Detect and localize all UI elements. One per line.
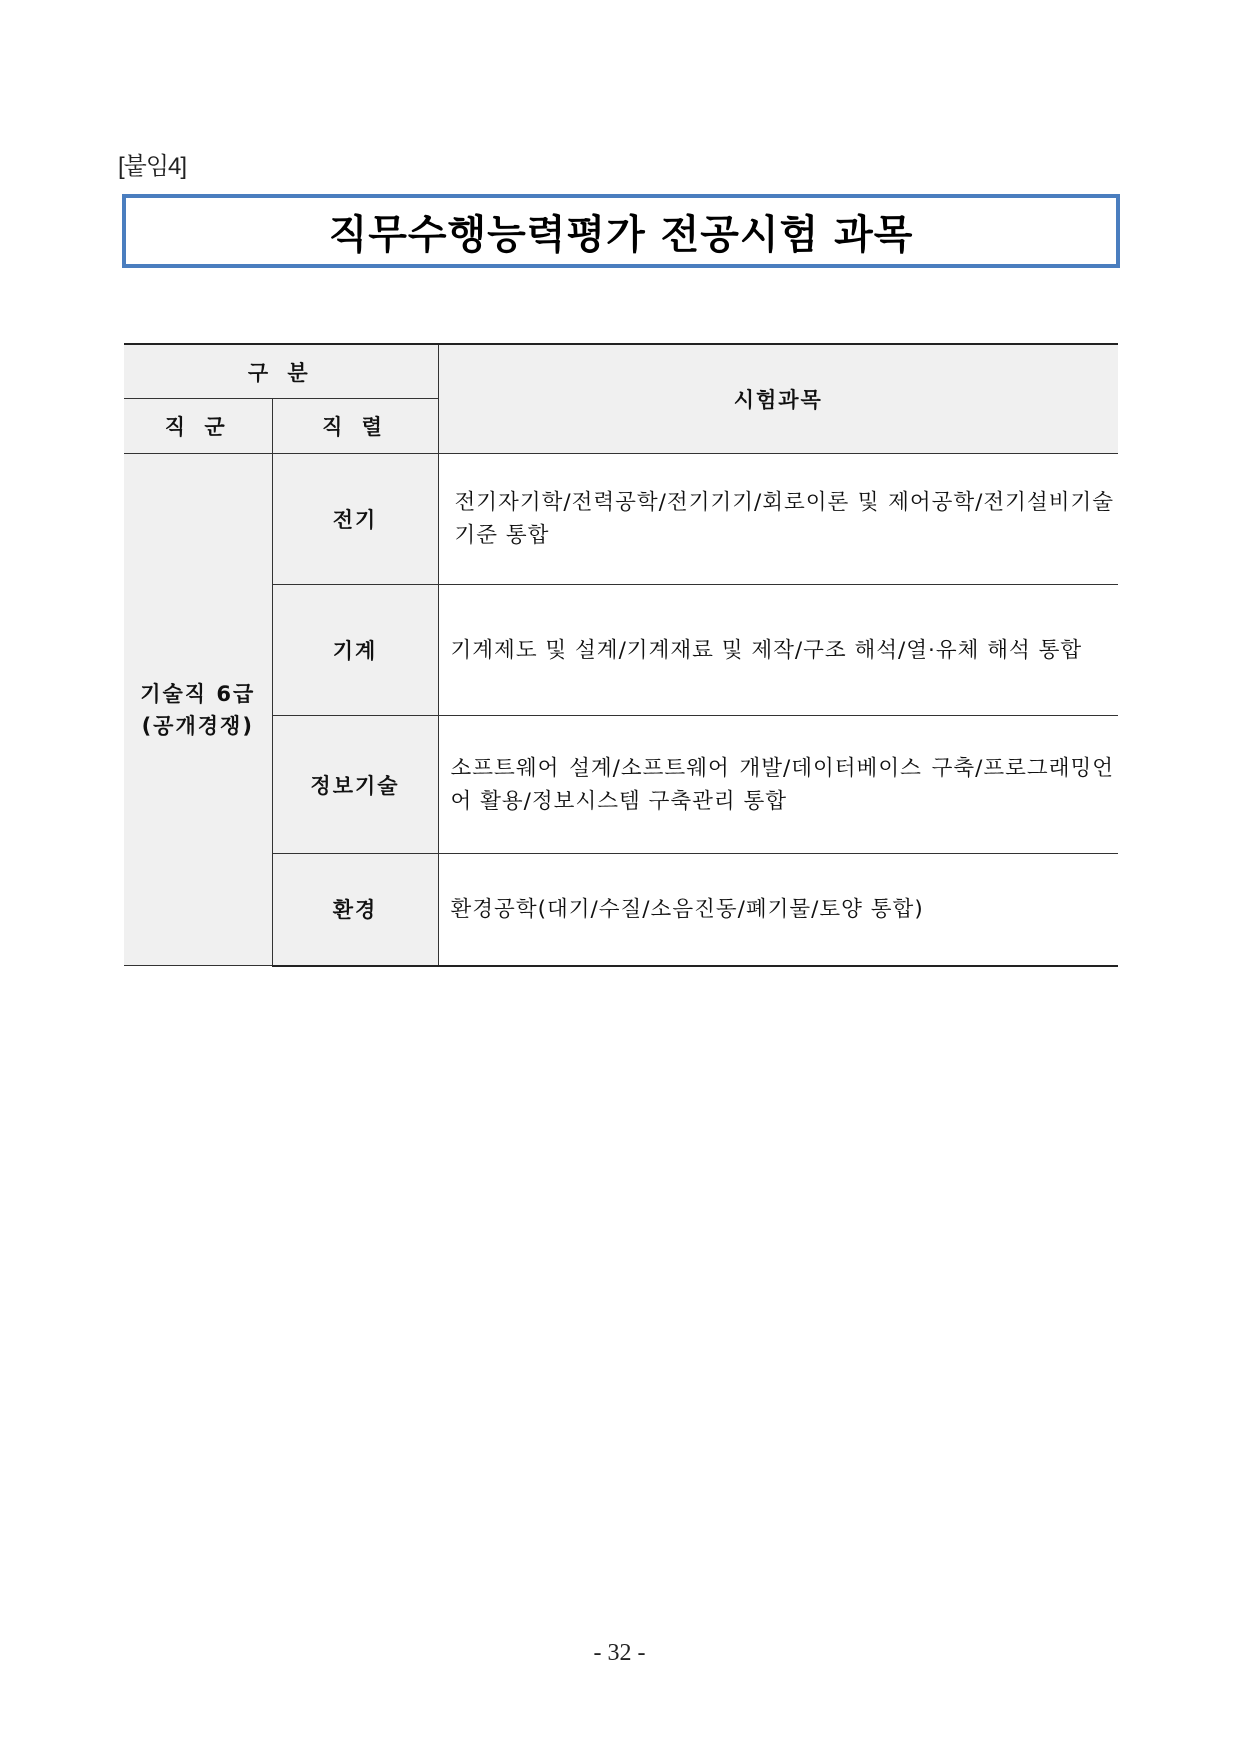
title-box: 직무수행능력평가 전공시험 과목: [122, 194, 1120, 268]
category-line-1: 기술직 6급: [124, 678, 272, 710]
table-row: 기술직 6급 (공개경쟁) 전기 전기자기학/전력공학/전기기기/회로이론 및 …: [124, 454, 1118, 585]
table-row: 기계 기계제도 및 설계/기계재료 및 제작/구조 해석/열·유체 해석 통합: [124, 585, 1118, 716]
header-subjects: 시험과목: [438, 344, 1118, 454]
subjects-cell: 소프트웨어 설계/소프트웨어 개발/데이터베이스 구축/프로그래밍언어 활용/정…: [438, 716, 1118, 854]
page-number: - 32 -: [0, 1640, 1239, 1667]
series-cell: 전기: [272, 454, 438, 585]
header-row-1: 구 분 시험과목: [124, 344, 1118, 399]
category-cell: 기술직 6급 (공개경쟁): [124, 454, 272, 966]
table-row: 정보기술 소프트웨어 설계/소프트웨어 개발/데이터베이스 구축/프로그래밍언어…: [124, 716, 1118, 854]
page-title: 직무수행능력평가 전공시험 과목: [329, 203, 914, 260]
subjects-cell: 환경공학(대기/수질/소음진동/폐기물/토양 통합): [438, 854, 1118, 966]
attachment-label: [붙임4]: [118, 146, 186, 181]
series-cell: 정보기술: [272, 716, 438, 854]
header-group: 구 분: [124, 344, 438, 399]
category-line-2: (공개경쟁): [124, 710, 272, 742]
subjects-cell: 전기자기학/전력공학/전기기기/회로이론 및 제어공학/전기설비기술기준 통합: [438, 454, 1118, 585]
series-cell: 환경: [272, 854, 438, 966]
exam-subjects-table: 구 분 시험과목 직 군 직 렬 기술직 6급 (공개경쟁) 전기 전기자기학/…: [124, 343, 1118, 967]
header-series: 직 렬: [272, 399, 438, 454]
subjects-cell: 기계제도 및 설계/기계재료 및 제작/구조 해석/열·유체 해석 통합: [438, 585, 1118, 716]
header-category: 직 군: [124, 399, 272, 454]
table-row: 환경 환경공학(대기/수질/소음진동/폐기물/토양 통합): [124, 854, 1118, 966]
series-cell: 기계: [272, 585, 438, 716]
